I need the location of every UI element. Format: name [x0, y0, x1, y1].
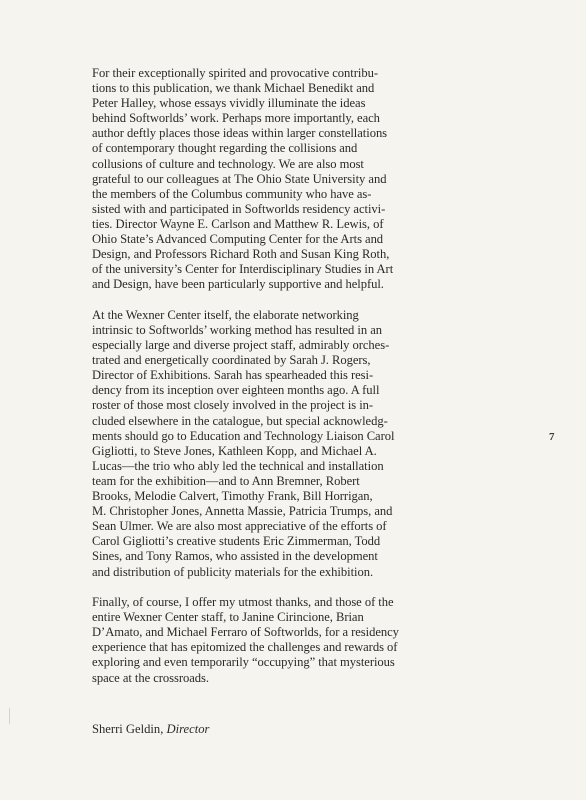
text-line: and distribution of publicity materials … [92, 565, 392, 580]
text-line: Sean Ulmer. We are also most appreciativ… [92, 519, 392, 534]
text-line: trated and energetically coordinated by … [92, 353, 392, 368]
text-line: tions to this publication, we thank Mich… [92, 81, 392, 96]
text-line: Director of Exhibitions. Sarah has spear… [92, 368, 392, 383]
text-line: behind Softworlds’ work. Perhaps more im… [92, 111, 392, 126]
paragraph-3: Finally, of course, I offer my utmost th… [92, 595, 392, 686]
signature-title: Director [167, 722, 210, 736]
document-page: For their exceptionally spirited and pro… [0, 0, 586, 800]
text-line: sisted with and participated in Softworl… [92, 202, 392, 217]
text-line: team for the exhibition—and to Ann Bremn… [92, 474, 392, 489]
text-line: the members of the Columbus community wh… [92, 187, 392, 202]
text-line: exploring and even temporarily “occupyin… [92, 655, 392, 670]
acknowledgments-body: For their exceptionally spirited and pro… [92, 66, 392, 701]
text-line: ments should go to Education and Technol… [92, 429, 392, 444]
text-line: Ohio State’s Advanced Computing Center f… [92, 232, 392, 247]
text-line: Lucas—the trio who ably led the technica… [92, 459, 392, 474]
text-line: grateful to our colleagues at The Ohio S… [92, 172, 392, 187]
paragraph-1: For their exceptionally spirited and pro… [92, 66, 392, 292]
signature-name: Sherri Geldin, [92, 722, 163, 736]
page-number: 7 [549, 430, 555, 444]
text-line: experience that has epitomized the chall… [92, 640, 392, 655]
text-line: intrinsic to Softworlds’ working method … [92, 323, 392, 338]
text-line: especially large and diverse project sta… [92, 338, 392, 353]
text-line: of the university’s Center for Interdisc… [92, 262, 392, 277]
text-line: Finally, of course, I offer my utmost th… [92, 595, 392, 610]
text-line: author deftly places those ideas within … [92, 126, 392, 141]
text-line: roster of those most closely involved in… [92, 398, 392, 413]
text-line: ties. Director Wayne E. Carlson and Matt… [92, 217, 392, 232]
text-line: Sines, and Tony Ramos, who assisted in t… [92, 549, 392, 564]
text-line: Gigliotti, to Steve Jones, Kathleen Kopp… [92, 444, 392, 459]
scan-edge-mark [9, 708, 10, 724]
text-line: At the Wexner Center itself, the elabora… [92, 308, 392, 323]
text-line: dency from its inception over eighteen m… [92, 383, 392, 398]
text-line: Carol Gigliotti’s creative students Eric… [92, 534, 392, 549]
text-line: For their exceptionally spirited and pro… [92, 66, 392, 81]
text-line: Peter Halley, whose essays vividly illum… [92, 96, 392, 111]
text-line: collusions of culture and technology. We… [92, 157, 392, 172]
text-line: M. Christopher Jones, Annetta Massie, Pa… [92, 504, 392, 519]
text-line: entire Wexner Center staff, to Janine Ci… [92, 610, 392, 625]
text-line: cluded elsewhere in the catalogue, but s… [92, 414, 392, 429]
text-line: Design, and Professors Richard Roth and … [92, 247, 392, 262]
text-line: D’Amato, and Michael Ferraro of Softworl… [92, 625, 392, 640]
text-line: of contemporary thought regarding the co… [92, 141, 392, 156]
paragraph-2: At the Wexner Center itself, the elabora… [92, 308, 392, 580]
text-line: Brooks, Melodie Calvert, Timothy Frank, … [92, 489, 392, 504]
text-line: space at the crossroads. [92, 671, 392, 686]
signature: Sherri Geldin, Director [92, 722, 209, 737]
text-line: and Design, have been particularly suppo… [92, 277, 392, 292]
